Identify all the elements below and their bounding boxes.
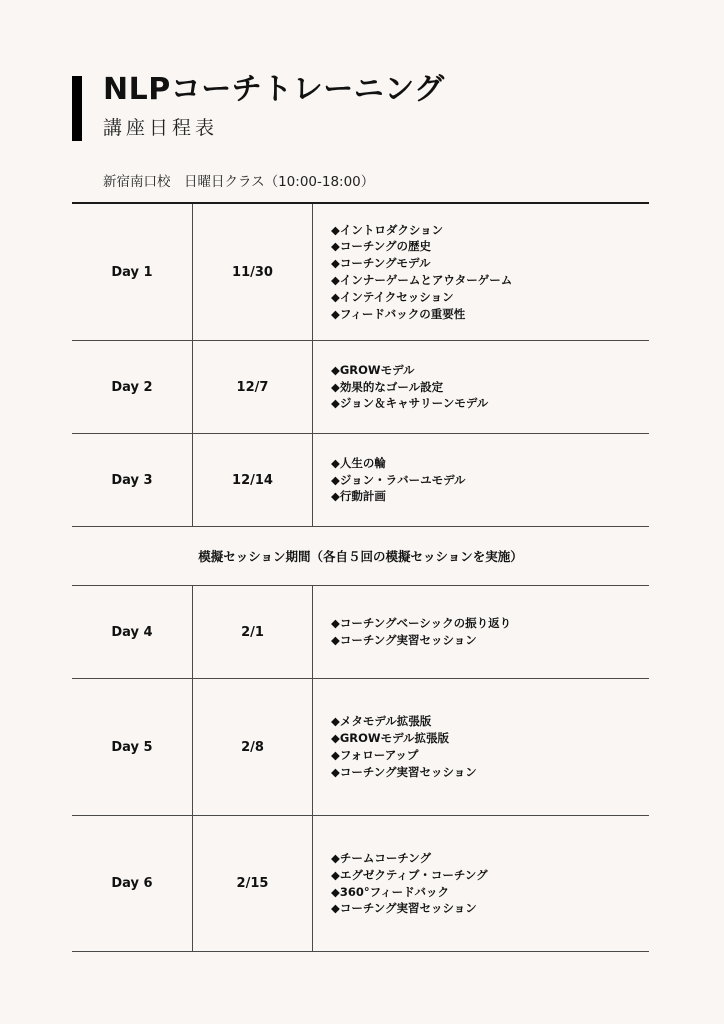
topic-list: ◆チームコーチング ◆エグゼクティブ・コーチング ◆360°フィードバック ◆コ… [331,850,488,917]
session-period-banner: 模擬セッション期間（各自５回の模擬セッションを実施） [72,527,649,586]
topic-item: ◆GROWモデル拡張版 [331,730,477,747]
title-accent-bar [72,76,82,141]
schedule-row-day3: Day 3 12/14 ◆人生の輪 ◆ジョン・ラバーユモデル ◆行動計画 [72,434,649,527]
topic-item: ◆GROWモデル [331,362,488,379]
topics-cell: ◆チームコーチング ◆エグゼクティブ・コーチング ◆360°フィードバック ◆コ… [313,816,649,951]
topic-list: ◆コーチングベーシックの振り返り ◆コーチング実習セッション [331,615,511,649]
topic-list: ◆イントロダクション ◆コーチングの歴史 ◆コーチングモデル ◆インナーゲームと… [331,222,512,323]
day-label: Day 2 [72,341,193,433]
day-label: Day 3 [72,434,193,526]
topic-item: ◆インテイクセッション [331,289,512,306]
topic-item: ◆エグゼクティブ・コーチング [331,867,488,884]
topics-cell: ◆コーチングベーシックの振り返り ◆コーチング実習セッション [313,586,649,678]
topic-item: ◆インナーゲームとアウターゲーム [331,272,512,289]
topic-item: ◆ジョン・ラバーユモデル [331,472,466,489]
topic-item: ◆コーチングモデル [331,255,512,272]
topic-list: ◆GROWモデル ◆効果的なゴール設定 ◆ジョン＆キャサリーンモデル [331,362,488,412]
day-label: Day 4 [72,586,193,678]
date-label: 12/7 [193,341,313,433]
topic-item: ◆イントロダクション [331,222,512,239]
date-label: 2/1 [193,586,313,678]
topic-item: ◆コーチング実習セッション [331,764,477,781]
topic-item: ◆コーチングベーシックの振り返り [331,615,511,632]
topic-item: ◆フォローアップ [331,747,477,764]
topics-cell: ◆メタモデル拡張版 ◆GROWモデル拡張版 ◆フォローアップ ◆コーチング実習セ… [313,679,649,815]
schedule-row-day4: Day 4 2/1 ◆コーチングベーシックの振り返り ◆コーチング実習セッション [72,586,649,679]
date-label: 2/8 [193,679,313,815]
date-label: 11/30 [193,204,313,340]
page-subtitle: 講座日程表 [103,115,218,141]
topic-item: ◆チームコーチング [331,850,488,867]
topic-item: ◆フィードバックの重要性 [331,306,512,323]
topic-item: ◆行動計画 [331,488,466,505]
topic-list: ◆人生の輪 ◆ジョン・ラバーユモデル ◆行動計画 [331,455,466,505]
schedule-row-day6: Day 6 2/15 ◆チームコーチング ◆エグゼクティブ・コーチング ◆360… [72,816,649,952]
date-label: 2/15 [193,816,313,951]
topic-item: ◆360°フィードバック [331,884,488,901]
day-label: Day 1 [72,204,193,340]
topic-item: ◆コーチング実習セッション [331,900,488,917]
topic-item: ◆ジョン＆キャサリーンモデル [331,395,488,412]
topic-item: ◆人生の輪 [331,455,466,472]
class-location: 新宿南口校 日曜日クラス（10:00-18:00） [103,172,374,192]
topic-list: ◆メタモデル拡張版 ◆GROWモデル拡張版 ◆フォローアップ ◆コーチング実習セ… [331,713,477,780]
topics-cell: ◆GROWモデル ◆効果的なゴール設定 ◆ジョン＆キャサリーンモデル [313,341,649,433]
page-title: NLPコーチトレーニング [103,72,445,108]
schedule-table: Day 1 11/30 ◆イントロダクション ◆コーチングの歴史 ◆コーチングモ… [72,202,649,952]
topics-cell: ◆イントロダクション ◆コーチングの歴史 ◆コーチングモデル ◆インナーゲームと… [313,204,649,340]
day-label: Day 5 [72,679,193,815]
topics-cell: ◆人生の輪 ◆ジョン・ラバーユモデル ◆行動計画 [313,434,649,526]
date-label: 12/14 [193,434,313,526]
day-label: Day 6 [72,816,193,951]
topic-item: ◆コーチングの歴史 [331,238,512,255]
schedule-row-day5: Day 5 2/8 ◆メタモデル拡張版 ◆GROWモデル拡張版 ◆フォローアップ… [72,679,649,816]
schedule-row-day2: Day 2 12/7 ◆GROWモデル ◆効果的なゴール設定 ◆ジョン＆キャサリ… [72,341,649,434]
schedule-row-day1: Day 1 11/30 ◆イントロダクション ◆コーチングの歴史 ◆コーチングモ… [72,202,649,341]
topic-item: ◆効果的なゴール設定 [331,379,488,396]
topic-item: ◆コーチング実習セッション [331,632,511,649]
topic-item: ◆メタモデル拡張版 [331,713,477,730]
